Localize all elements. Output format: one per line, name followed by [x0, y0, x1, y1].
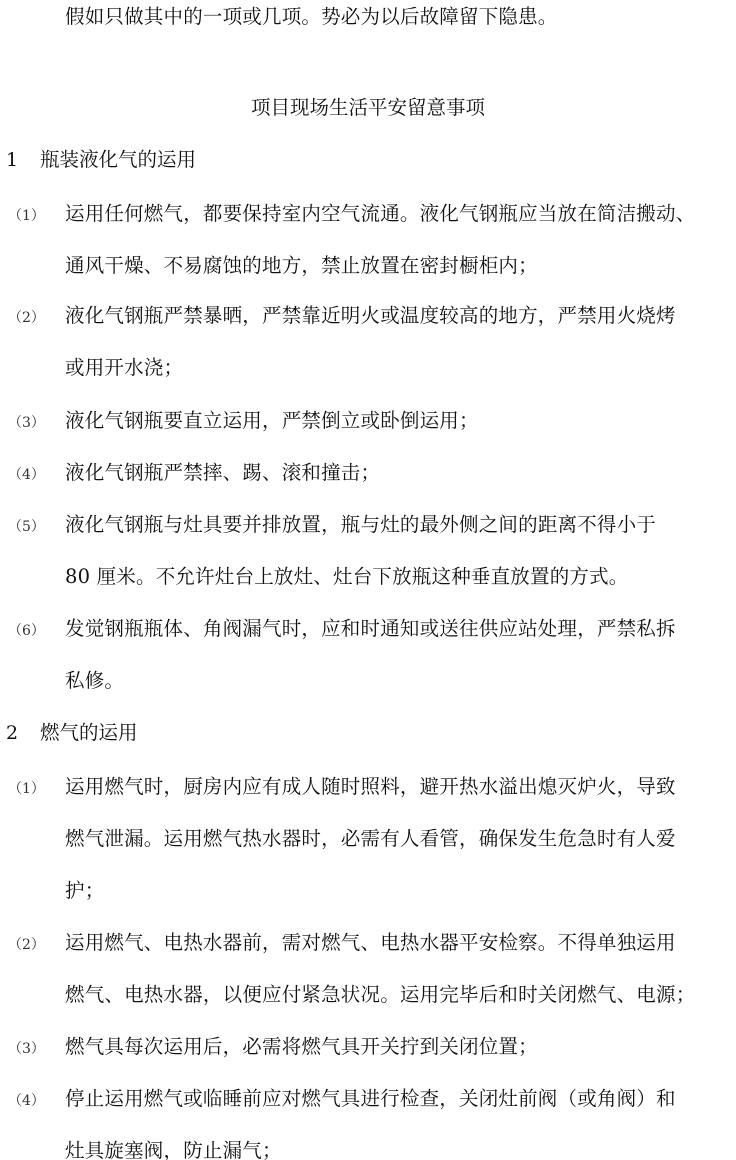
- intro-paragraph: 假如只做其中的一项或几项。势必为以后故障留下隐患。: [65, 3, 735, 31]
- list-marker: （4）: [8, 1087, 45, 1115]
- list-marker: （3）: [8, 409, 45, 437]
- list-item-line: 运用任何燃气，都要保持室内空气流通。液化气钢瓶应当放在简洁搬动、: [65, 200, 735, 228]
- list-item-line: 停止运用燃气或临睡前应对燃气具进行检查，关闭灶前阀（或角阀）和: [65, 1085, 735, 1113]
- list-item-line: 护；: [65, 877, 735, 905]
- list-item-line: 或用开水浇；: [65, 354, 735, 382]
- list-item-line: 灶具旋塞阀，防止漏气；: [65, 1137, 735, 1160]
- list-marker: （2）: [8, 931, 45, 959]
- list-item-line: 私修。: [65, 667, 735, 695]
- list-item-line: 通风干燥、不易腐蚀的地方，禁止放置在密封橱柜内；: [65, 252, 735, 280]
- section-title: 燃气的运用: [40, 719, 138, 747]
- list-marker: （4）: [8, 461, 45, 489]
- section-title: 瓶装液化气的运用: [40, 146, 196, 174]
- list-marker: （3）: [8, 1035, 45, 1063]
- list-item-line: 液化气钢瓶严禁摔、踢、滚和撞击；: [65, 459, 735, 487]
- list-item-line: 运用燃气、电热水器前，需对燃气、电热水器平安检察。不得单独运用: [65, 929, 735, 957]
- list-marker: （1）: [8, 775, 45, 803]
- list-marker: （6）: [8, 617, 45, 645]
- section-number: 2: [6, 719, 18, 747]
- list-item-line: 燃气具每次运用后，必需将燃气具开关拧到关闭位置；: [65, 1033, 735, 1061]
- list-item-line: 80 厘米。不允许灶台上放灶、灶台下放瓶这种垂直放置的方式。: [65, 563, 735, 591]
- document-title: 项目现场生活平安留意事项: [0, 94, 736, 122]
- list-item-line: 燃气泄漏。运用燃气热水器时，必需有人看管，确保发生危急时有人爱: [65, 825, 735, 853]
- list-marker: （1）: [8, 202, 45, 230]
- list-item-line: 液化气钢瓶严禁暴晒，严禁靠近明火或温度较高的地方，严禁用火烧烤: [65, 302, 735, 330]
- list-item-line: 液化气钢瓶要直立运用，严禁倒立或卧倒运用；: [65, 407, 735, 435]
- list-item-line: 液化气钢瓶与灶具要并排放置，瓶与灶的最外侧之间的距离不得小于: [65, 511, 735, 539]
- list-marker: （5）: [8, 513, 45, 541]
- list-marker: （2）: [8, 304, 45, 332]
- section-number: 1: [6, 146, 18, 174]
- list-item-line: 发觉钢瓶瓶体、角阀漏气时，应和时通知或送往供应站处理，严禁私拆: [65, 615, 735, 643]
- list-item-line: 运用燃气时，厨房内应有成人随时照料，避开热水溢出熄灭炉火，导致: [65, 773, 735, 801]
- list-item-line: 燃气、电热水器，以便应付紧急状况。运用完毕后和时关闭燃气、电源；: [65, 981, 735, 1009]
